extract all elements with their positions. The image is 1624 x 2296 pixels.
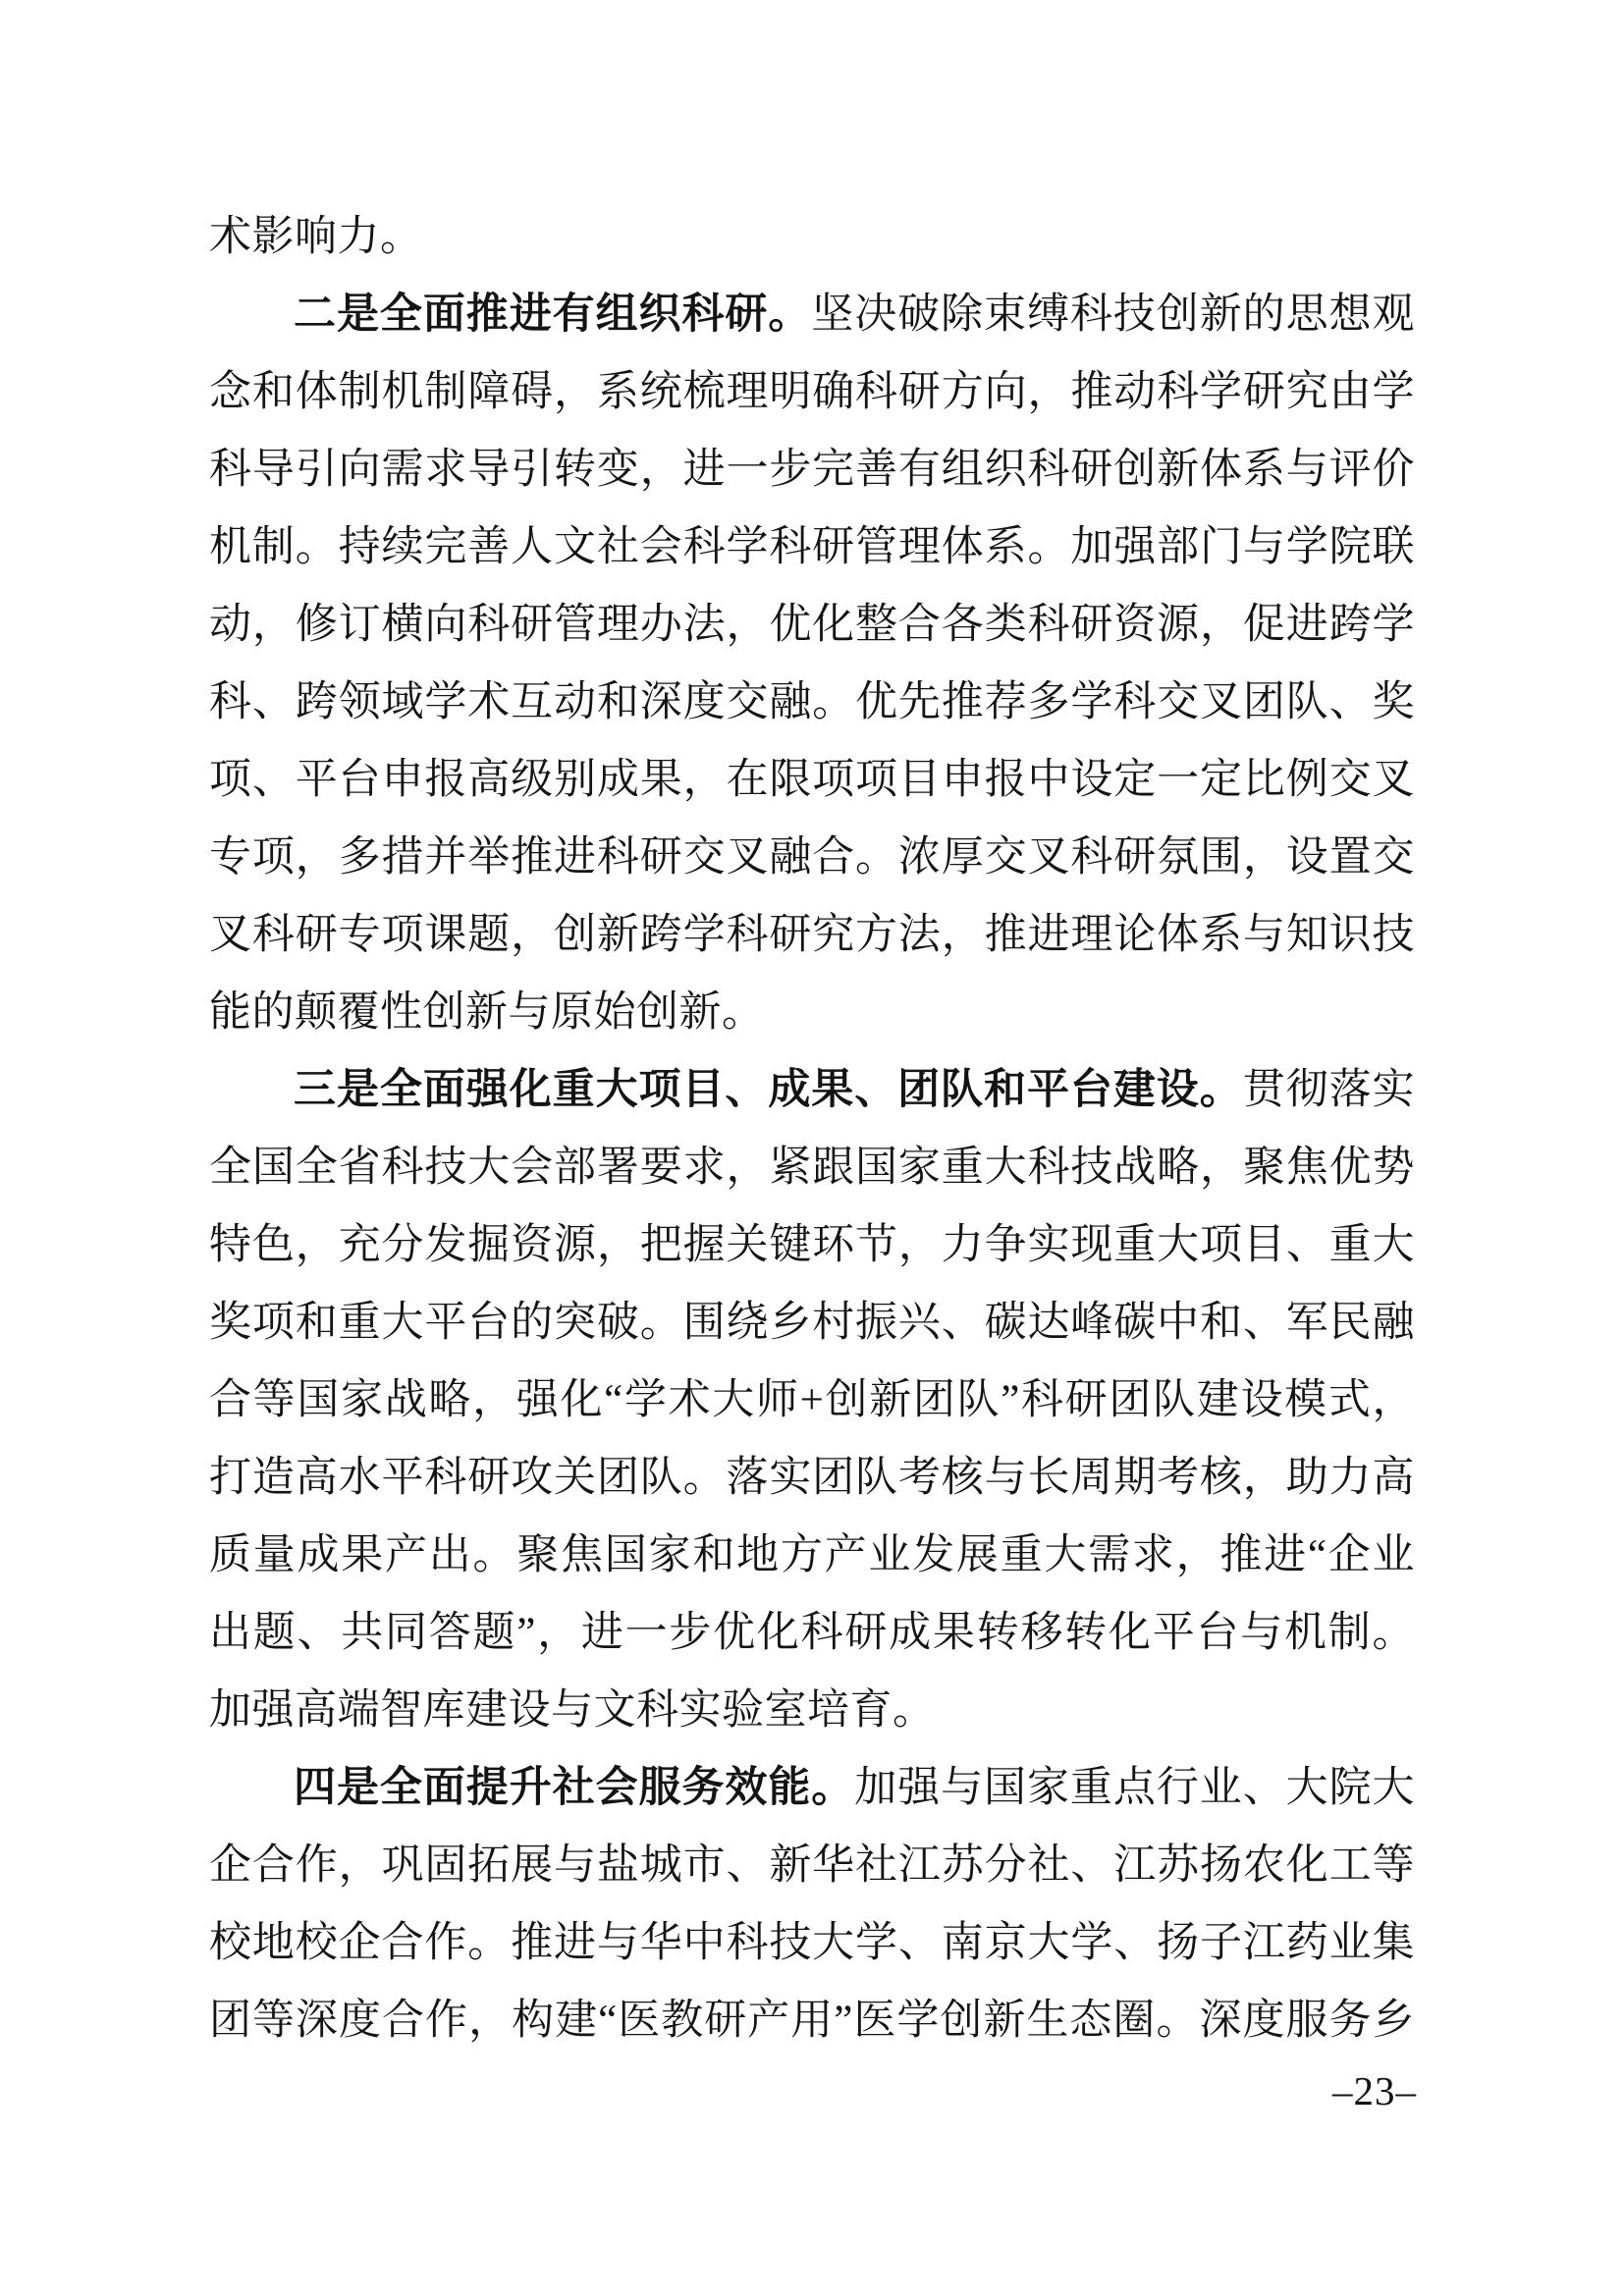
text-line: 合等国家战略，强化“学术大师+创新团队”科研团队建设模式， (209, 1362, 1415, 1439)
text-line: 叉科研专项课题，创新跨学科研究方法，推进理论体系与知识技 (209, 896, 1415, 974)
body-text: 专项，多措并举推进科研交叉融合。浓厚交叉科研氛围，设置交 (209, 834, 1415, 881)
text-line: 四是全面提升社会服务效能。加强与国家重点行业、大院大 (209, 1749, 1415, 1827)
body-text: 科、跨领域学术互动和深度交融。优先推荐多学科交叉团队、奖 (209, 679, 1415, 725)
text-line: 科导引向需求导引转变，进一步完善有组织科研创新体系与评价 (209, 431, 1415, 508)
body-text: 校地校企合作。推进与华中科技大学、南京大学、扬子江药业集 (209, 1920, 1415, 1966)
text-line: 特色，充分发掘资源，把握关键环节，力争实现重大项目、重大 (209, 1206, 1415, 1284)
text-line: 三是全面强化重大项目、成果、团队和平台建设。贯彻落实 (209, 1051, 1415, 1129)
text-line: 加强高端智库建设与文科实验室培育。 (209, 1672, 1415, 1749)
body-text: 奖项和重大平台的突破。围绕乡村振兴、碳达峰碳中和、军民融 (209, 1300, 1415, 1346)
page-number: –23– (1327, 2067, 1422, 2114)
text-line: 术影响力。 (209, 198, 1415, 276)
body-text: 动，修订横向科研管理办法，优化整合各类科研资源，促进跨学 (209, 602, 1415, 648)
body-text: 出题、共同答题”，进一步优化科研成果转移转化平台与机制。 (209, 1610, 1415, 1656)
body-text: 叉科研专项课题，创新跨学科研究方法，推进理论体系与知识技 (209, 912, 1415, 958)
body-text: 能的颠覆性创新与原始创新。 (209, 989, 765, 1036)
body-text: 贯彻落实 (1243, 1067, 1415, 1113)
text-line: 校地校企合作。推进与华中科技大学、南京大学、扬子江药业集 (209, 1904, 1415, 1982)
body-text: 团等深度合作，构建“医教研产用”医学创新生态圈。深度服务乡 (209, 1998, 1415, 2044)
body-text: 加强高端智库建设与文科实验室培育。 (209, 1687, 936, 1734)
body-text: 加强与国家重点行业、大院大 (854, 1765, 1415, 1811)
document-body: 术影响力。二是全面推进有组织科研。坚决破除束缚科技创新的思想观念和体制机制障碍，… (209, 198, 1415, 2059)
text-line: 能的颠覆性创新与原始创新。 (209, 974, 1415, 1051)
text-line: 奖项和重大平台的突破。围绕乡村振兴、碳达峰碳中和、军民融 (209, 1284, 1415, 1362)
text-line: 质量成果产出。聚焦国家和地方产业发展重大需求，推进“企业 (209, 1517, 1415, 1594)
body-text: 企合作，巩固拓展与盐城市、新华社江苏分社、江苏扬农化工等 (209, 1842, 1415, 1889)
document-page: 术影响力。二是全面推进有组织科研。坚决破除束缚科技创新的思想观念和体制机制障碍，… (0, 0, 1624, 2296)
text-line: 专项，多措并举推进科研交叉融合。浓厚交叉科研氛围，设置交 (209, 819, 1415, 896)
body-text: 质量成果产出。聚焦国家和地方产业发展重大需求，推进“企业 (209, 1532, 1415, 1578)
body-text: 打造高水平科研攻关团队。落实团队考核与长周期考核，助力高 (209, 1455, 1415, 1501)
body-text: 坚决破除束缚科技创新的思想观 (811, 292, 1415, 338)
body-text: 全国全省科技大会部署要求，紧跟国家重大科技战略，聚焦优势 (209, 1145, 1415, 1191)
text-line: 念和体制机制障碍，系统梳理明确科研方向，推动科学研究由学 (209, 353, 1415, 431)
section-heading-text: 二是全面推进有组织科研。 (294, 292, 811, 338)
text-line: 团等深度合作，构建“医教研产用”医学创新生态圈。深度服务乡 (209, 1982, 1415, 2059)
text-line: 打造高水平科研攻关团队。落实团队考核与长周期考核，助力高 (209, 1439, 1415, 1517)
text-line: 全国全省科技大会部署要求，紧跟国家重大科技战略，聚焦优势 (209, 1129, 1415, 1206)
section-heading-text: 四是全面提升社会服务效能。 (294, 1765, 854, 1811)
body-text: 念和体制机制障碍，系统梳理明确科研方向，推动科学研究由学 (209, 369, 1415, 415)
text-line: 二是全面推进有组织科研。坚决破除束缚科技创新的思想观 (209, 276, 1415, 353)
text-line: 企合作，巩固拓展与盐城市、新华社江苏分社、江苏扬农化工等 (209, 1827, 1415, 1904)
text-line: 出题、共同答题”，进一步优化科研成果转移转化平台与机制。 (209, 1594, 1415, 1672)
body-text: 科导引向需求导引转变，进一步完善有组织科研创新体系与评价 (209, 447, 1415, 493)
section-heading-text: 三是全面强化重大项目、成果、团队和平台建设。 (294, 1067, 1243, 1113)
body-text: 术影响力。 (209, 214, 423, 260)
text-line: 动，修订横向科研管理办法，优化整合各类科研资源，促进跨学 (209, 586, 1415, 664)
body-text: 机制。持续完善人文社会科学科研管理体系。加强部门与学院联 (209, 524, 1415, 570)
text-line: 科、跨领域学术互动和深度交融。优先推荐多学科交叉团队、奖 (209, 664, 1415, 741)
text-line: 机制。持续完善人文社会科学科研管理体系。加强部门与学院联 (209, 508, 1415, 586)
body-text: 项、平台申报高级别成果，在限项项目申报中设定一定比例交叉 (209, 757, 1415, 803)
body-text: 合等国家战略，强化“学术大师+创新团队”科研团队建设模式， (209, 1377, 1415, 1423)
text-line: 项、平台申报高级别成果，在限项项目申报中设定一定比例交叉 (209, 741, 1415, 819)
body-text: 特色，充分发掘资源，把握关键环节，力争实现重大项目、重大 (209, 1222, 1415, 1268)
